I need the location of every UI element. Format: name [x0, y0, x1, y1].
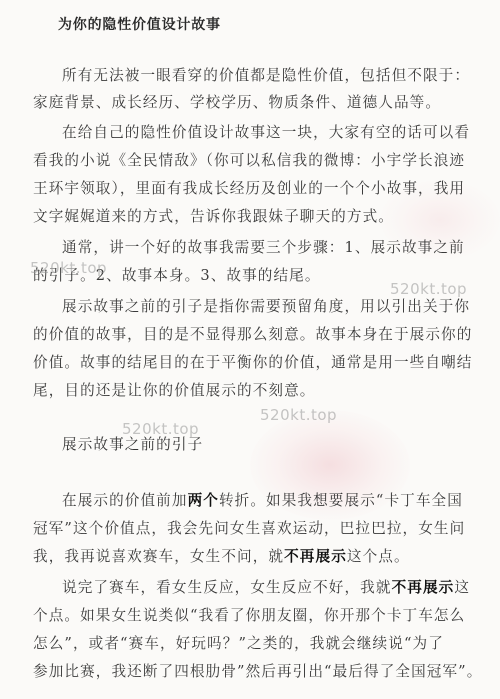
paragraph-line: 展示故事之前的引子是指你需要预留角度，用以引出关于你 — [62, 298, 470, 316]
paragraph-line: 怎么”，或者“赛车，好玩吗？”之类的，我就会继续说“为了 — [33, 635, 444, 653]
paragraph-line: 我，我再说喜欢赛车，女生不问，就不再展示这个点。 — [33, 548, 410, 566]
watermark: 520kt.top — [390, 280, 467, 298]
paragraph-line: 尾，目的还是让你的价值展示的不刻意。 — [33, 382, 316, 400]
document-page: 为你的隐性价值设计故事 所有无法被一眼看穿的价值都是隐性价值，包括但不限于： 家… — [0, 0, 500, 699]
paragraph-line: 参加比赛，我还断了四根肋骨”然后再引出“最后得了全国冠军”。 — [33, 663, 482, 681]
paragraph-line: 冠军”这个价值点，我会先问女生喜欢运动，巴拉巴拉，女生问 — [33, 520, 465, 538]
paragraph-line: 通常，讲一个好的故事我需要三个步骤：1、展示故事之前 — [62, 239, 465, 257]
paragraph-line: 个点。如果女生说类似“我看了你朋友圈，你开那个卡丁车怎么 — [33, 607, 465, 625]
paragraph-line: 的价值的故事，目的是不显得那么刻意。故事本身在于展示你的 — [33, 326, 472, 344]
page-title: 为你的隐性价值设计故事 — [58, 16, 221, 34]
paragraph-line: 看我的小说《全民情敌》（你可以私信我的微博：小宇学长浪迹 — [33, 152, 465, 170]
section-heading: 展示故事之前的引子 — [62, 436, 203, 454]
paragraph-line: 所有无法被一眼看穿的价值都是隐性价值，包括但不限于： — [62, 67, 470, 85]
paragraph-line: 文字娓娓道来的方式，告诉你我跟妹子聊天的方式。 — [33, 208, 394, 226]
paragraph-line: 在展示的价值前加两个转折。如果我想要展示“卡丁车全国 — [62, 492, 463, 510]
paragraph-line: 家庭背景、成长经历、学校学历、物质条件、道德人品等。 — [33, 94, 441, 112]
paragraph-line: 在给自己的隐性价值设计故事这一块，大家有空的话可以看 — [62, 124, 470, 142]
paragraph-line: 说完了赛车，看女生反应，女生反应不好，我就不再展示这 — [62, 579, 470, 597]
watermark: 520kt.top — [260, 406, 337, 424]
paragraph-line: 的引子。2、故事本身。3、故事的结尾。 — [33, 267, 321, 285]
paragraph-line: 王环宇领取），里面有我成长经历及创业的一个个小故事，我用 — [33, 180, 465, 198]
paragraph-line: 价值。故事的结尾目的在于平衡你的价值，通常是用一些自嘲结 — [33, 354, 472, 372]
